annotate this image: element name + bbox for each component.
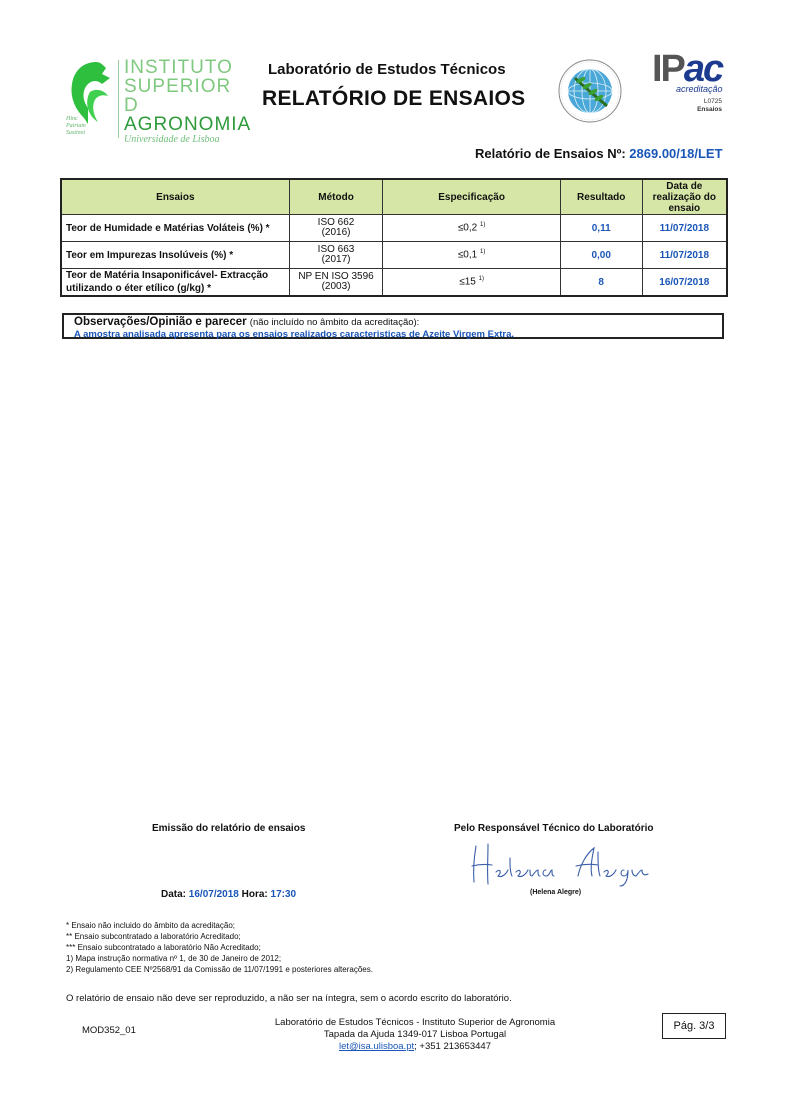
cell-metodo: NP EN ISO 3596(2003) — [289, 269, 383, 297]
footer-address: Laboratório de Estudos Técnicos - Instit… — [220, 1017, 610, 1053]
cell-ensaio: Teor em Impurezas Insolúveis (%) * — [61, 242, 289, 269]
reproduction-disclaimer: O relatório de ensaio não deve ser repro… — [66, 993, 512, 1004]
form-code: MOD352_01 — [82, 1025, 136, 1036]
cell-resultado: 8 — [560, 269, 642, 297]
cell-especificacao: ≤15 1) — [383, 269, 560, 297]
cell-data: 11/07/2018 — [642, 242, 727, 269]
ipac-code: L0725 Ensaios — [692, 98, 722, 114]
report-number-label: Relatório de Ensaios Nº: — [475, 146, 626, 161]
cell-resultado: 0,11 — [560, 215, 642, 242]
issuance-datetime: Data: 16/07/2018 Hora: 17:30 — [161, 889, 296, 900]
logo-subtitle: Universidade de Lisboa — [124, 134, 251, 146]
footnote: ** Ensaio subcontratado a laboratório Ac… — [66, 931, 373, 942]
column-header-data: Data de realização do ensaio — [642, 179, 727, 215]
logo-divider — [118, 60, 119, 138]
logo-line-1: INSTITUTO — [124, 58, 251, 77]
institution-logo: INSTITUTO SUPERIOR D AGRONOMIA Universid… — [66, 56, 251, 146]
email-link[interactable]: let@isa.ulisboa.pt — [339, 1041, 414, 1052]
report-number-value: 2869.00/18/LET — [629, 146, 722, 161]
footnote: 1) Mapa instrução normativa nº 1, de 30 … — [66, 953, 373, 964]
logo-line-2: SUPERIOR D — [124, 77, 251, 115]
observations-box: Observações/Opinião e parecer (não inclu… — [62, 313, 724, 339]
ipac-mark: IPac — [652, 50, 722, 88]
results-table: Ensaios Método Especificação Resultado D… — [60, 178, 728, 297]
cell-especificacao: ≤0,2 1) — [383, 215, 560, 242]
footnote: *** Ensaio subcontratado a laboratório N… — [66, 942, 373, 953]
issuance-label: Emissão do relatório de ensaios — [152, 823, 305, 834]
logo-line-3: AGRONOMIA — [124, 115, 251, 134]
cell-data: 16/07/2018 — [642, 269, 727, 297]
page-number: Pág. 3/3 — [662, 1013, 726, 1039]
table-header-row: Ensaios Método Especificação Resultado D… — [61, 179, 727, 215]
observations-label: Observações/Opinião e parecer — [74, 316, 247, 328]
observations-note: (não incluído no âmbito da acreditação): — [250, 317, 420, 328]
column-header-ensaios: Ensaios — [61, 179, 289, 215]
lab-name: Laboratório de Estudos Técnicos — [268, 61, 506, 78]
column-header-metodo: Método — [289, 179, 383, 215]
footnotes: * Ensaio não incluido do âmbito da acred… — [66, 920, 373, 975]
observations-text: A amostra analisada apresenta para os en… — [74, 329, 722, 340]
responsible-name: (Helena Alegre) — [530, 889, 581, 896]
column-header-resultado: Resultado — [560, 179, 642, 215]
responsible-label: Pelo Responsável Técnico do Laboratório — [454, 823, 654, 834]
column-header-especificacao: Especificação — [383, 179, 560, 215]
cell-metodo: ISO 663(2017) — [289, 242, 383, 269]
cell-resultado: 0,00 — [560, 242, 642, 269]
footnote: 2) Regulamento CEE Nº2568/91 da Comissão… — [66, 964, 373, 975]
cell-ensaio: Teor de Matéria Insaponificável- Extracç… — [61, 269, 289, 297]
cell-especificacao: ≤0,1 1) — [383, 242, 560, 269]
globe-seal-icon — [557, 58, 623, 124]
ipac-tagline: acreditação — [676, 84, 723, 94]
page-title: RELATÓRIO DE ENSAIOS — [262, 87, 525, 111]
table-row: Teor de Matéria Insaponificável- Extracç… — [61, 269, 727, 297]
cell-ensaio: Teor de Humidade e Matérias Voláteis (%)… — [61, 215, 289, 242]
cell-metodo: ISO 662(2016) — [289, 215, 383, 242]
cell-data: 11/07/2018 — [642, 215, 727, 242]
footnote: * Ensaio não incluido do âmbito da acred… — [66, 920, 373, 931]
signature — [466, 838, 666, 888]
report-number: Relatório de Ensaios Nº: 2869.00/18/LET — [475, 146, 723, 161]
logo-motto: Hinc Patriam Sustinet — [66, 116, 86, 137]
table-row: Teor em Impurezas Insolúveis (%) * ISO 6… — [61, 242, 727, 269]
table-row: Teor de Humidade e Matérias Voláteis (%)… — [61, 215, 727, 242]
ipac-accreditation-logo: IPac acreditação L0725 Ensaios — [652, 50, 732, 128]
